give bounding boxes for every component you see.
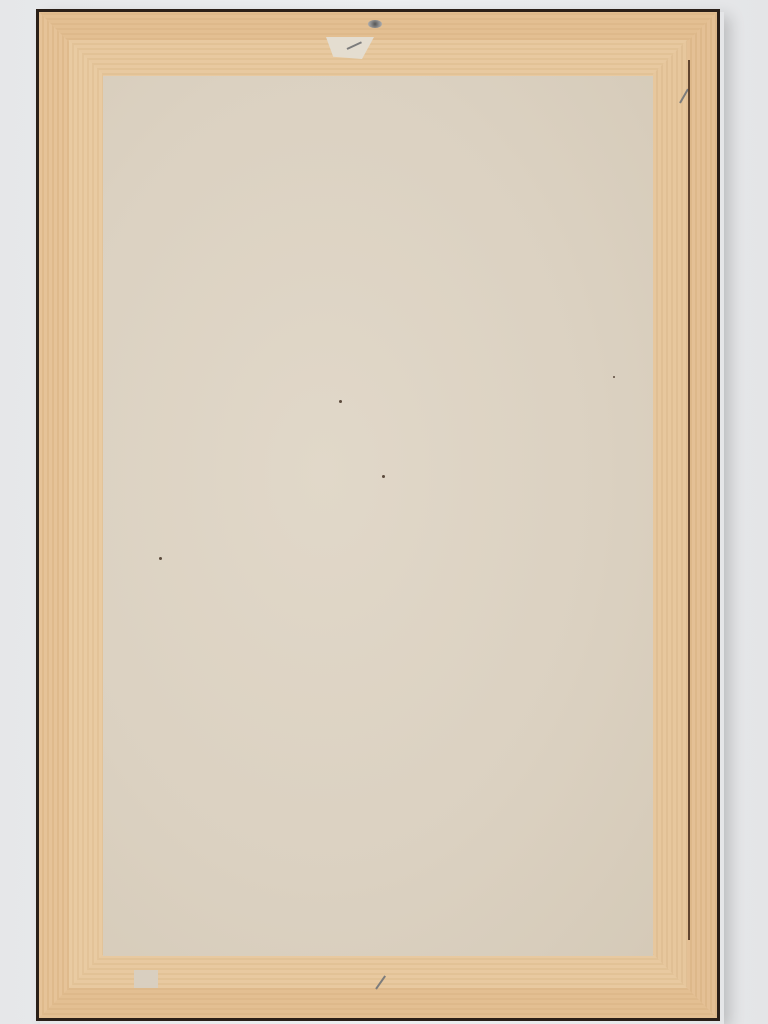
inner-right-rail <box>653 40 687 988</box>
speck <box>613 376 615 378</box>
outer-left-rail <box>39 12 69 1018</box>
backing-board <box>103 76 653 956</box>
tape-edge-crack <box>688 60 690 940</box>
inner-left-rail <box>69 40 103 988</box>
picture-frame <box>36 9 720 1021</box>
torn-tape-corner <box>134 970 158 988</box>
outer-frame-molding <box>39 12 717 1018</box>
outer-right-rail <box>687 12 717 1018</box>
speck <box>339 400 342 403</box>
hanging-screw <box>368 20 382 28</box>
speck <box>159 557 162 560</box>
speck <box>382 475 385 478</box>
